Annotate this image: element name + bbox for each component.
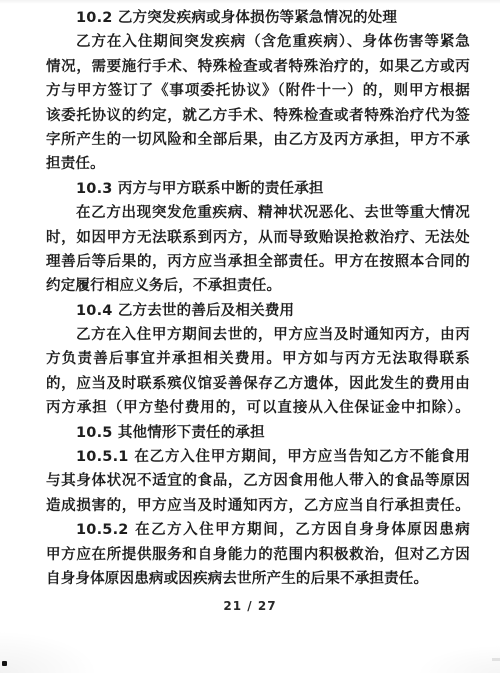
doc-line: 担责任。: [46, 152, 470, 176]
doc-line: 乙方在入住期间突发疾病（含危重疾病）、身体伤害等紧急: [46, 30, 470, 54]
doc-line: 理善后等后果的，丙方应当承担全部责任。甲方在按照本合同的: [46, 250, 470, 274]
doc-line: 该委托协议的约定，就乙方手术、特殊检查或者特殊治疗代为签: [46, 104, 470, 128]
doc-line: 自身身体原因患病或因疾病去世所产生的后果不承担责任。: [46, 567, 470, 591]
scan-artifact-smudge: [492, 658, 500, 661]
contract-document-page: 10.2 乙方突发疾病或身体损伤等紧急情况的处理 乙方在入住期间突发疾病（含危重…: [0, 0, 500, 673]
doc-line: 情况，需要施行手术、特殊检查或者特殊治疗的，如果乙方或丙: [46, 55, 470, 79]
heading-10-4: 10.4 乙方去世的善后及相关费用: [46, 299, 470, 323]
line-10-5-2-start: 10.5.2 在乙方入住甲方期间，乙方因自身身体原因患病的，: [46, 518, 470, 542]
doc-line: 的，应当及时联系殡仪馆妥善保存乙方遗体，因此发生的费用由: [46, 372, 470, 396]
page-number: 21 / 27: [0, 599, 500, 613]
document-body: 10.2 乙方突发疾病或身体损伤等紧急情况的处理 乙方在入住期间突发疾病（含危重…: [0, 6, 500, 613]
doc-line: 方与甲方签订了《事项委托协议》（附件十一）的，则甲方根据: [46, 79, 470, 103]
doc-line: 丙方承担（甲方垫付费用的，可以直接从入住保证金中扣除）。: [46, 396, 470, 420]
doc-line: 字所产生的一切风险和全部后果，由乙方及丙方承担，甲方不承: [46, 128, 470, 152]
doc-line: 约定履行相应义务后，不承担责任。: [46, 274, 470, 298]
doc-line: 与其身体状况不适宜的食品，乙方因食用他人带入的食品等原因: [46, 469, 470, 493]
doc-line: 时，如因甲方无法联系到丙方，从而导致贻误抢救治疗、无法处: [46, 226, 470, 250]
doc-line: 甲方应在所提供服务和自身能力的范围内积极救治，但对乙方因: [46, 543, 470, 567]
doc-line: 造成损害的，甲方应当及时通知丙方，乙方应当自行承担责任。: [46, 494, 470, 518]
line-10-5-1-start: 10.5.1 在乙方入住甲方期间，甲方应当告知乙方不能食用: [46, 445, 470, 469]
heading-10-2: 10.2 乙方突发疾病或身体损伤等紧急情况的处理: [46, 6, 470, 30]
doc-line: 乙方在入住甲方期间去世的，甲方应当及时通知丙方，由丙: [46, 323, 470, 347]
doc-line: 在乙方出现突发危重疾病、精神状况恶化、去世等重大情况: [46, 201, 470, 225]
heading-10-3: 10.3 丙方与甲方联系中断的责任承担: [46, 177, 470, 201]
heading-10-5: 10.5 其他情形下责任的承担: [46, 421, 470, 445]
scan-artifact-dot: [2, 661, 7, 666]
doc-line: 方负责善后事宜并承担相关费用。甲方如与丙方无法取得联系: [46, 347, 470, 371]
